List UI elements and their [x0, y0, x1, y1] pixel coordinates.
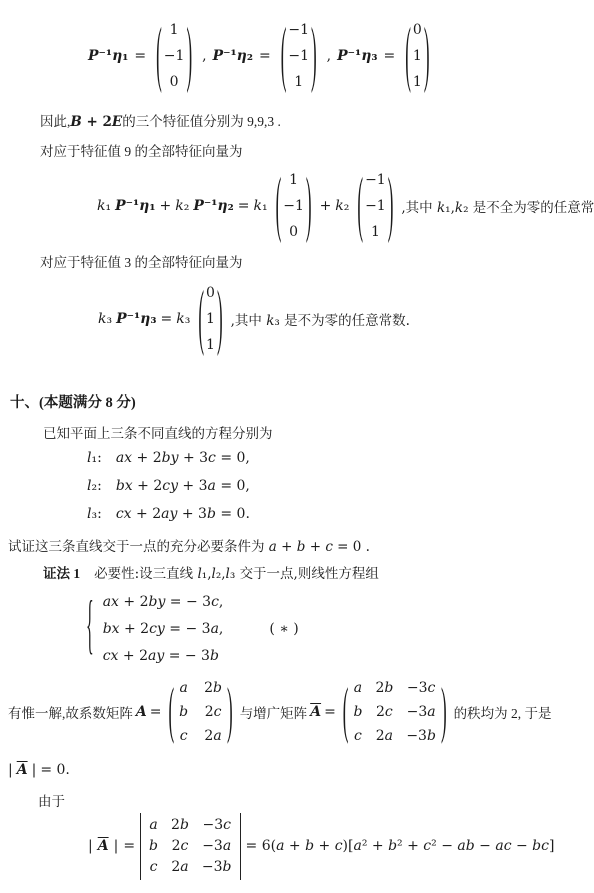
- text-eig9: 对应于特征值 9 的全部特征向量为: [40, 144, 243, 159]
- matrix-cell: 2c: [376, 700, 393, 724]
- line-equation-3: l₃: cx + 2ay + 3b = 0.: [87, 506, 250, 522]
- determinant-equation: | A | = a 2b −3c b 2c −3a c 2a −3b = 6(a…: [88, 812, 554, 880]
- vector-2: ( −1 −1 1 ): [355, 167, 395, 245]
- matrix-cell: −1: [288, 43, 309, 69]
- line-expr-l1: ax + 2by + 3c = 0,: [116, 450, 250, 466]
- left-paren-icon: (: [355, 163, 365, 249]
- proof-intro-text: 必要性:设三直线 l₁,l₂,l₃ 交于一点,则线性方程组: [94, 562, 379, 582]
- term-p-inv-eta1: P⁻¹η₁: [88, 48, 128, 64]
- proof-method-1: 证法 1 必要性:设三直线 l₁,l₂,l₃ 交于一点,则线性方程组: [43, 562, 379, 582]
- augmented-matrix: ( a 2b −3c b 2c −3a c 2a −3b ): [341, 676, 449, 748]
- matrix-cell: a: [354, 676, 362, 700]
- matrix-abar-symbol: A: [98, 838, 109, 854]
- matrix-cell: a: [179, 676, 187, 700]
- matrix-cell: 2b: [204, 676, 222, 700]
- det-cell: −3c: [202, 815, 230, 836]
- matrix-column: 0 1 1: [206, 280, 215, 358]
- matrix-cell: −1: [283, 193, 304, 219]
- equals-sign: =: [238, 198, 250, 214]
- equals-sign: =: [150, 704, 162, 720]
- det-cell: 2b: [171, 815, 189, 836]
- det-cell: −3a: [202, 836, 231, 857]
- equals-zero: = 0.: [40, 762, 70, 778]
- line-expr-l2: bx + 2cy + 3a = 0,: [116, 478, 250, 494]
- left-paren-icon: (: [274, 163, 284, 249]
- matrix-column: 1 −1 0: [283, 167, 304, 245]
- problem-10-heading: 十、(本题满分 8 分): [10, 391, 136, 412]
- coefficient-matrix: ( a 2b b 2c c 2a ): [166, 676, 234, 748]
- matrix-cell: 1: [413, 43, 422, 69]
- det-abar-zero: | A | = 0.: [8, 762, 70, 778]
- matrix-column: 1 −1 0: [164, 17, 185, 95]
- paragraph-since: 由于: [38, 790, 65, 810]
- vertical-bar: |: [114, 838, 119, 854]
- matrix-cell: 1: [206, 306, 215, 332]
- document-page: P⁻¹η₁ = ( 1 −1 0 ) , P⁻¹η₂ = ( −1 −1 1 )…: [0, 0, 594, 893]
- matrix-cell: −1: [164, 43, 185, 69]
- matrix-cell: −3b: [406, 724, 436, 748]
- text-k3-condition: ,其中 k₃ 是不为零的任意常数.: [231, 309, 410, 329]
- det-cell: b: [149, 836, 158, 857]
- term-b-plus-2e: B + 2E: [70, 114, 122, 130]
- left-paren-icon: (: [154, 13, 164, 99]
- equation-tag-star: ( ∗ ): [269, 621, 298, 637]
- right-paren-icon: ): [439, 675, 449, 749]
- matrix-cell: b: [179, 700, 188, 724]
- line-expr-l3: cx + 2ay + 3b = 0.: [116, 506, 250, 522]
- term-p-inv-eta3: P⁻¹η₃: [337, 48, 377, 64]
- matrix-cell: 2a: [204, 724, 221, 748]
- term-p-inv-eta3: P⁻¹η₃: [116, 311, 156, 327]
- left-paren-icon: (: [166, 675, 176, 749]
- intro-text: 已知平面上三条不同直线的方程分别为: [43, 426, 273, 441]
- matrix-cell: 1: [289, 167, 298, 193]
- equals-sign: =: [324, 704, 336, 720]
- matrix-cell: −1: [365, 167, 386, 193]
- det-cell: 2a: [171, 857, 188, 878]
- vector-1: ( 1 −1 0 ): [274, 167, 314, 245]
- matrix-cell: c: [180, 724, 188, 748]
- left-paren-icon: (: [196, 276, 206, 362]
- vertical-bar: |: [32, 762, 37, 778]
- matrix-column: 0 1 1: [413, 17, 422, 95]
- text-k1-k2-condition: ,其中 k₁,k₂ 是不全为零的任意常数;: [401, 196, 594, 216]
- left-paren-icon: (: [341, 675, 351, 749]
- matrix-cell: 0: [289, 219, 298, 245]
- matrix-cell: 0: [206, 280, 215, 306]
- comma: ,: [202, 48, 206, 64]
- matrix-cell: 1: [371, 219, 380, 245]
- problem-10-intro: 已知平面上三条不同直线的方程分别为: [43, 422, 273, 442]
- claim-statement: 试证这三条直线交于一点的充分必要条件为 a + b + c = 0 .: [8, 535, 370, 555]
- paragraph-eigenvalue-3: 对应于特征值 3 的全部特征向量为: [40, 251, 243, 271]
- right-paren-icon: ): [184, 13, 194, 99]
- vector-eta2: ( −1 −1 1 ): [279, 17, 319, 95]
- matrix-column: −1 −1 1: [288, 17, 309, 95]
- system-row-1: ax + 2by = − 3c,: [103, 589, 224, 616]
- system-equations: ax + 2by = − 3c, bx + 2cy = − 3a, cx + 2…: [103, 589, 224, 670]
- right-paren-icon: ): [225, 675, 235, 749]
- coef-k1: k₁: [253, 198, 267, 214]
- line-label-l3: l₃:: [87, 506, 102, 522]
- matrix-grid: a 2b −3c b 2c −3a c 2a −3b: [353, 676, 435, 748]
- det-cell: c: [150, 857, 158, 878]
- line-equation-1: l₁: ax + 2by + 3c = 0,: [87, 450, 250, 466]
- proof-label: 证法 1: [43, 562, 80, 582]
- matrix-cell: 1: [170, 17, 179, 43]
- left-brace-icon: {: [86, 592, 94, 666]
- vector-eta3: ( 0 1 1 ): [403, 17, 431, 95]
- det-cell: a: [149, 815, 157, 836]
- system-row-2: bx + 2cy = − 3a,: [103, 616, 224, 643]
- vertical-bar: |: [8, 762, 13, 778]
- plus-sign: +: [320, 198, 332, 214]
- matrix-cell: 2a: [376, 724, 393, 748]
- matrix-cell: 1: [413, 69, 422, 95]
- term-p-inv-eta2: P⁻¹η₂: [213, 48, 253, 64]
- right-paren-icon: ): [309, 13, 319, 99]
- matrix-cell: −1: [288, 17, 309, 43]
- system-row-3: cx + 2ay = − 3b: [103, 643, 224, 670]
- coef-k1: k₁: [97, 198, 111, 214]
- equation-p-inverse-eta: P⁻¹η₁ = ( 1 −1 0 ) , P⁻¹η₂ = ( −1 −1 1 )…: [88, 13, 434, 99]
- text-yinci: 因此,: [40, 110, 70, 130]
- matrix-cell: 0: [413, 17, 422, 43]
- text-eigenvalues: 的三个特征值分别为 9,9,3 .: [122, 110, 281, 130]
- right-paren-icon: ): [422, 13, 432, 99]
- vector-3: ( 0 1 1 ): [196, 280, 224, 358]
- text-rank-equals-2: 的秩均为 2, 于是: [454, 702, 552, 722]
- equals-sign: =: [384, 48, 396, 64]
- matrix-cell: c: [354, 724, 362, 748]
- matrix-cell: −3a: [407, 700, 436, 724]
- matrix-cell: b: [353, 700, 362, 724]
- matrix-abar-symbol: A: [17, 762, 28, 778]
- matrix-abar-symbol: A: [310, 704, 321, 720]
- determinant-grid: a 2b −3c b 2c −3a c 2a −3b: [140, 813, 240, 880]
- equation-eigenvectors-9: k₁P⁻¹η₁ + k₂P⁻¹η₂ = k₁ ( 1 −1 0 ) + k₂ (…: [97, 162, 594, 250]
- text-since: 由于: [38, 794, 65, 809]
- right-paren-icon: ): [215, 276, 225, 362]
- det-result-expression: = 6(a + b + c)[a² + b² + c² − ab − ac − …: [246, 838, 555, 854]
- line-equation-2: l₂: bx + 2cy + 3a = 0,: [87, 478, 250, 494]
- matrix-cell: 1: [206, 332, 215, 358]
- coef-k2: k₂: [335, 198, 349, 214]
- coef-k3: k₃: [98, 311, 112, 327]
- left-paren-icon: (: [279, 13, 289, 99]
- comma: ,: [327, 48, 331, 64]
- coef-k2: k₂: [175, 198, 189, 214]
- claim-text: 试证这三条直线交于一点的充分必要条件为 a + b + c = 0 .: [8, 539, 370, 555]
- matrix-column: −1 −1 1: [365, 167, 386, 245]
- vertical-bar: |: [88, 838, 93, 854]
- matrix-a-symbol: A: [136, 704, 147, 720]
- matrix-grid: a 2b b 2c c 2a: [179, 676, 222, 748]
- det-cell: 2c: [172, 836, 189, 857]
- matrix-cell: −1: [365, 193, 386, 219]
- paragraph-eigenvalues-conclusion: 因此,B + 2E 的三个特征值分别为 9,9,3 .: [40, 110, 281, 130]
- matrix-cell: 0: [170, 69, 179, 95]
- linear-system: { ax + 2by = − 3c, bx + 2cy = − 3a, cx +…: [86, 588, 299, 670]
- equals-sign: =: [161, 311, 173, 327]
- right-paren-icon: ): [304, 163, 314, 249]
- vector-eta1: ( 1 −1 0 ): [154, 17, 194, 95]
- text-unique-solution: 有惟一解,故系数矩阵: [8, 702, 133, 722]
- det-cell: −3b: [202, 857, 232, 878]
- rank-statement: 有惟一解,故系数矩阵 A = ( a 2b b 2c c 2a ) 与增广矩阵 …: [8, 671, 551, 753]
- matrix-cell: 2c: [205, 700, 222, 724]
- heading-text: 十、(本题满分 8 分): [10, 395, 136, 411]
- term-p-inv-eta1: P⁻¹η₁: [115, 198, 155, 214]
- paragraph-eigenvalue-9: 对应于特征值 9 的全部特征向量为: [40, 140, 243, 160]
- coef-k3: k₃: [176, 311, 190, 327]
- matrix-cell: −3c: [407, 676, 435, 700]
- matrix-cell: 2b: [375, 676, 393, 700]
- left-paren-icon: (: [403, 13, 413, 99]
- term-p-inv-eta2: P⁻¹η₂: [193, 198, 233, 214]
- text-eig3: 对应于特征值 3 的全部特征向量为: [40, 255, 243, 270]
- line-label-l1: l₁:: [87, 450, 102, 466]
- line-label-l2: l₂:: [87, 478, 102, 494]
- matrix-cell: 1: [294, 69, 303, 95]
- plus-sign: +: [160, 198, 172, 214]
- equals-sign: =: [259, 48, 271, 64]
- equals-sign: =: [123, 838, 135, 854]
- equation-eigenvectors-3: k₃P⁻¹η₃ = k₃ ( 0 1 1 ) ,其中 k₃ 是不为零的任意常数.: [98, 276, 410, 362]
- right-paren-icon: ): [386, 163, 396, 249]
- equals-sign: =: [134, 48, 146, 64]
- text-augmented: 与增广矩阵: [240, 702, 308, 722]
